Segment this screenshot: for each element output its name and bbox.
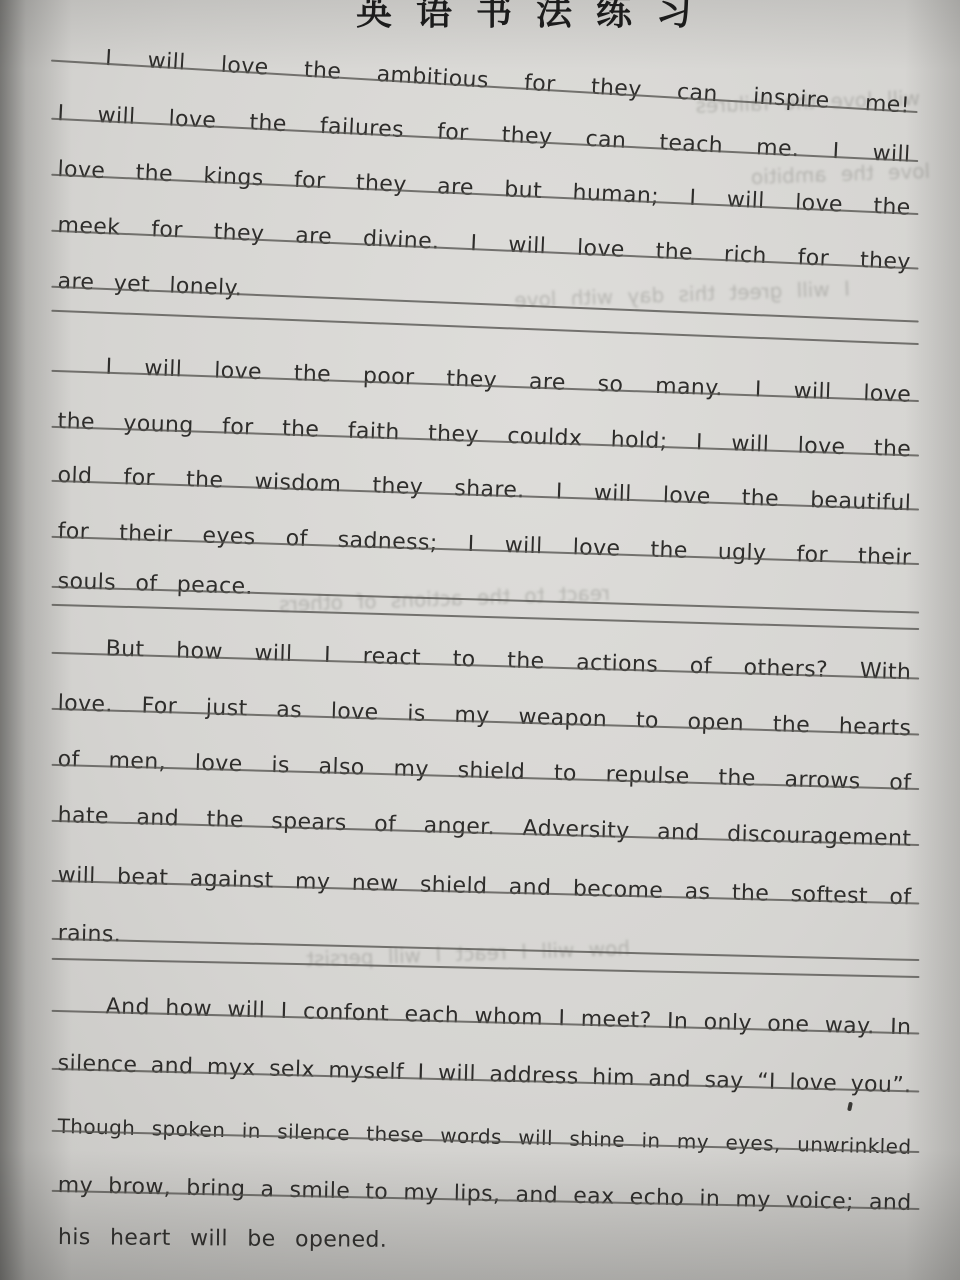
line-text: Though spoken in silence these words wil… [57,1114,911,1159]
handwritten-line: silence and myx selx myself I will addre… [57,1030,912,1098]
ink-mark [847,1102,853,1112]
page-title: 英语书法练习 [356,0,716,35]
handwritten-line: Though spoken in silence these words wil… [57,1092,912,1159]
line-text: his heart will be opened. [58,1225,912,1257]
handwritten-line: hate and the spears of anger. Adversity … [57,782,912,852]
handwritten-line: And how will I confont each whom I meet?… [57,972,912,1040]
line-text: silence and myx selx myself I will addre… [57,1051,911,1098]
handwritten-line: will beat against my new shield and beco… [57,842,912,910]
handwritten-line: his heart will be opened. [58,1204,912,1257]
notebook-page: 英语书法练习 will love the failures love the a… [0,0,960,1280]
